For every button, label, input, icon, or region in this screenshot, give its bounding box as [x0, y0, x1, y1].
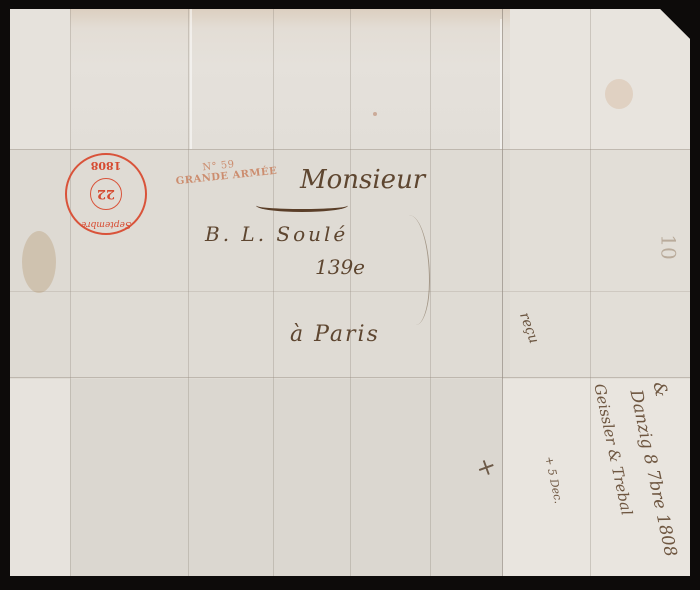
left-flap-top — [10, 9, 70, 149]
postmark-year: 1808 — [67, 159, 145, 172]
fold-line — [350, 9, 351, 576]
fold-line — [590, 9, 591, 576]
top-right-panel — [510, 9, 690, 149]
wax-seal-stain — [22, 231, 56, 293]
paper-crease — [500, 19, 502, 149]
postmark-day-circle: 22 — [90, 178, 122, 210]
postmark-day: 22 — [97, 187, 115, 202]
fold-line — [70, 9, 71, 576]
fold-line — [502, 9, 503, 576]
postmark-month: Septembre — [67, 219, 145, 229]
fold-line — [10, 377, 690, 378]
fold-line — [273, 9, 274, 576]
edge-numeral: 10 — [657, 234, 681, 259]
right-middle-panel — [510, 149, 690, 379]
left-flap-bottom — [10, 379, 70, 576]
fold-line — [10, 149, 690, 150]
address-unit: 139e — [315, 255, 365, 279]
ink-flourish — [256, 199, 348, 212]
top-panel — [70, 9, 510, 149]
address-recipient: B. L. Soulé — [205, 222, 348, 246]
fold-line — [430, 9, 431, 576]
address-salutation: Monsieur — [300, 165, 425, 195]
foxing-stain — [605, 79, 633, 109]
paper-crease — [190, 9, 192, 149]
letter-sheet — [10, 9, 690, 576]
circular-date-postmark: Septembre 22 1808 — [65, 153, 147, 235]
fold-line — [10, 291, 690, 292]
foxing-spot — [373, 112, 377, 116]
fold-line — [188, 9, 189, 576]
address-city: à Paris — [290, 322, 380, 347]
bottom-panel — [70, 379, 510, 576]
